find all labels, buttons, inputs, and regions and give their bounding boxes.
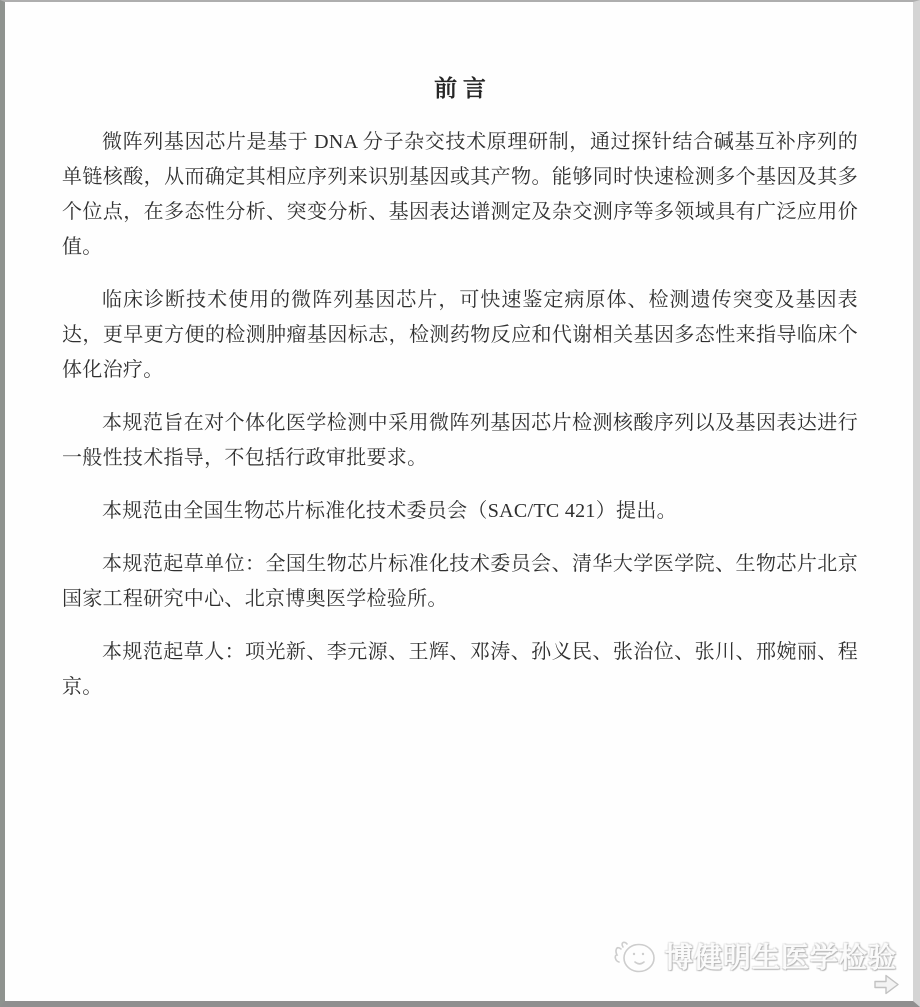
paragraph: 本规范旨在对个体化医学检测中采用微阵列基因芯片检测核酸序列以及基因表达进行一般性…: [62, 406, 858, 476]
right-arrow-icon: [873, 973, 901, 996]
mascot-face-icon: [613, 935, 659, 977]
document-page: 前 言 微阵列基因芯片是基于 DNA 分子杂交技术原理研制，通过探针结合碱基互补…: [0, 0, 920, 1007]
watermark-text: 博健明生医学检验: [665, 936, 897, 976]
page-title: 前 言: [62, 75, 858, 103]
watermark: 博健明生医学检验: [613, 935, 897, 977]
paragraph: 本规范由全国生物芯片标准化技术委员会（SAC/TC 421）提出。: [62, 494, 858, 529]
paragraph: 本规范起草人：项光新、李元源、王辉、邓涛、孙义民、张治位、张川、邢婉丽、程京。: [62, 635, 858, 705]
paragraph: 微阵列基因芯片是基于 DNA 分子杂交技术原理研制，通过探针结合碱基互补序列的单…: [62, 125, 858, 265]
paragraph: 临床诊断技术使用的微阵列基因芯片，可快速鉴定病原体、检测遗传突变及基因表达，更早…: [62, 283, 858, 388]
paragraph: 本规范起草单位：全国生物芯片标准化技术委员会、清华大学医学院、生物芯片北京国家工…: [62, 547, 858, 617]
document-content: 前 言 微阵列基因芯片是基于 DNA 分子杂交技术原理研制，通过探针结合碱基互补…: [5, 75, 913, 705]
